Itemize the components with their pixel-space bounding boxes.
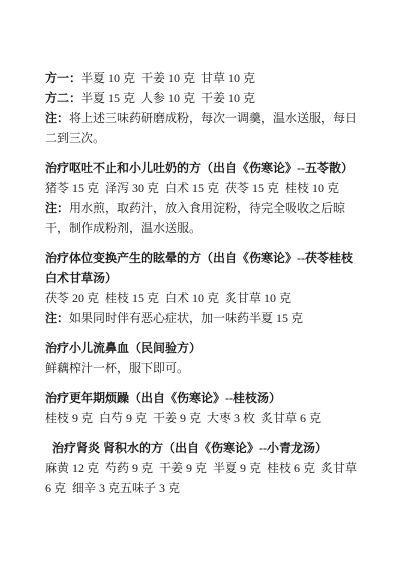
recipe-block-wulingsan: 治疗呕吐不止和小儿吐奶的方（出自《伤寒论》--五苓散） 猪苓 15 克 泽泻 3… [45, 158, 358, 238]
recipe-block-guizhitang: 治疗更年期烦躁（出自《伤寒论》--桂枝汤） 桂枝 9 克 白芍 9 克 干姜 9… [45, 388, 358, 428]
ingredients-line: 鲜藕榨汁一杯，服下即可。 [45, 358, 358, 378]
line-text: 半夏 10 克 干姜 10 克 甘草 10 克 [81, 71, 255, 85]
ingredients-line: 茯苓 20 克 桂枝 15 克 白术 10 克 炙甘草 10 克 [45, 288, 358, 308]
prescription-line: 方二：半夏 15 克 人参 10 克 干姜 10 克 [45, 88, 358, 108]
line-prefix: 方一： [45, 71, 81, 85]
recipe-title: 治疗小儿流鼻血（民间验方） [45, 338, 358, 358]
recipe-block-fulingguizhi: 治疗体位变换产生的眩晕的方（出自《伤寒论》--茯苓桂枝白术甘草汤） 茯苓 20 … [45, 248, 358, 328]
note-text: 用水煎，取药汁，放入食用淀粉，待完全吸收之后晾干，制作成粉剂，温水送服。 [45, 201, 345, 235]
prescription-line: 方一：半夏 10 克 干姜 10 克 甘草 10 克 [45, 68, 358, 88]
line-text: 半夏 15 克 人参 10 克 干姜 10 克 [81, 91, 255, 105]
note-text: 将上述三味药研磨成粉，每次一调羹，温水送服，每日二到三次。 [45, 111, 357, 145]
note-prefix: 注： [45, 311, 69, 325]
document-page: 方一：半夏 10 克 干姜 10 克 甘草 10 克 方二：半夏 15 克 人参… [0, 0, 400, 569]
ingredients-line: 麻黄 12 克 芍药 9 克 干姜 9 克 半夏 9 克 桂枝 6 克 炙甘草 … [45, 458, 358, 498]
note-line: 注：用水煎，取药汁，放入食用淀粉，待完全吸收之后晾干，制作成粉剂，温水送服。 [45, 198, 358, 238]
ingredients-line: 桂枝 9 克 白芍 9 克 干姜 9 克 大枣 3 枚 炙甘草 6 克 [45, 408, 358, 428]
note-prefix: 注： [45, 201, 69, 215]
ingredients-line: 猪苓 15 克 泽泻 30 克 白术 15 克 茯苓 15 克 桂枝 10 克 [45, 178, 358, 198]
recipe-title: 治疗呕吐不止和小儿吐奶的方（出自《伤寒论》--五苓散） [45, 158, 358, 178]
recipe-block-liubixue: 治疗小儿流鼻血（民间验方） 鲜藕榨汁一杯，服下即可。 [45, 338, 358, 378]
note-prefix: 注： [45, 111, 69, 125]
note-line: 注：如果同时伴有恶心症状，加一味药半夏 15 克 [45, 308, 358, 328]
recipe-title: 治疗体位变换产生的眩晕的方（出自《伤寒论》--茯苓桂枝白术甘草汤） [45, 248, 358, 288]
recipe-title: 治疗更年期烦躁（出自《伤寒论》--桂枝汤） [45, 388, 358, 408]
line-prefix: 方二： [45, 91, 81, 105]
note-text: 如果同时伴有恶心症状，加一味药半夏 15 克 [69, 311, 303, 325]
recipe-title: 治疗肾炎 肾积水的方（出自《伤寒论》--小青龙汤） [45, 438, 358, 458]
recipe-block-xiaoqinglong: 治疗肾炎 肾积水的方（出自《伤寒论》--小青龙汤） 麻黄 12 克 芍药 9 克… [45, 438, 358, 498]
prescription-block-fangji: 方一：半夏 10 克 干姜 10 克 甘草 10 克 方二：半夏 15 克 人参… [45, 68, 358, 148]
note-line: 注：将上述三味药研磨成粉，每次一调羹，温水送服，每日二到三次。 [45, 108, 358, 148]
